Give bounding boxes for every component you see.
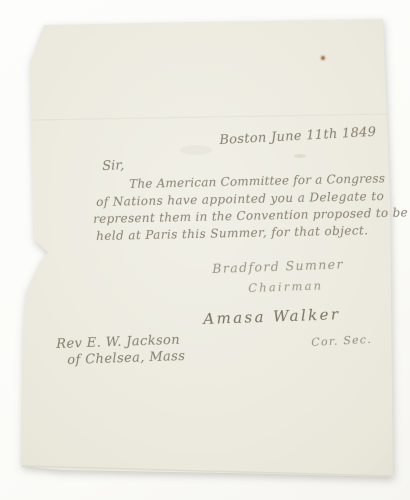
photographed-letter-scene: Boston June 11th 1849 Sir, The American …	[0, 0, 410, 500]
letter-paper	[0, 0, 410, 500]
foxing-spot	[321, 56, 324, 59]
paper-shape	[21, 19, 393, 477]
paper-smudge	[180, 145, 212, 155]
chairman-title: Chairman	[248, 278, 323, 295]
paper-smudge	[294, 154, 306, 158]
salutation: Sir,	[102, 158, 124, 174]
